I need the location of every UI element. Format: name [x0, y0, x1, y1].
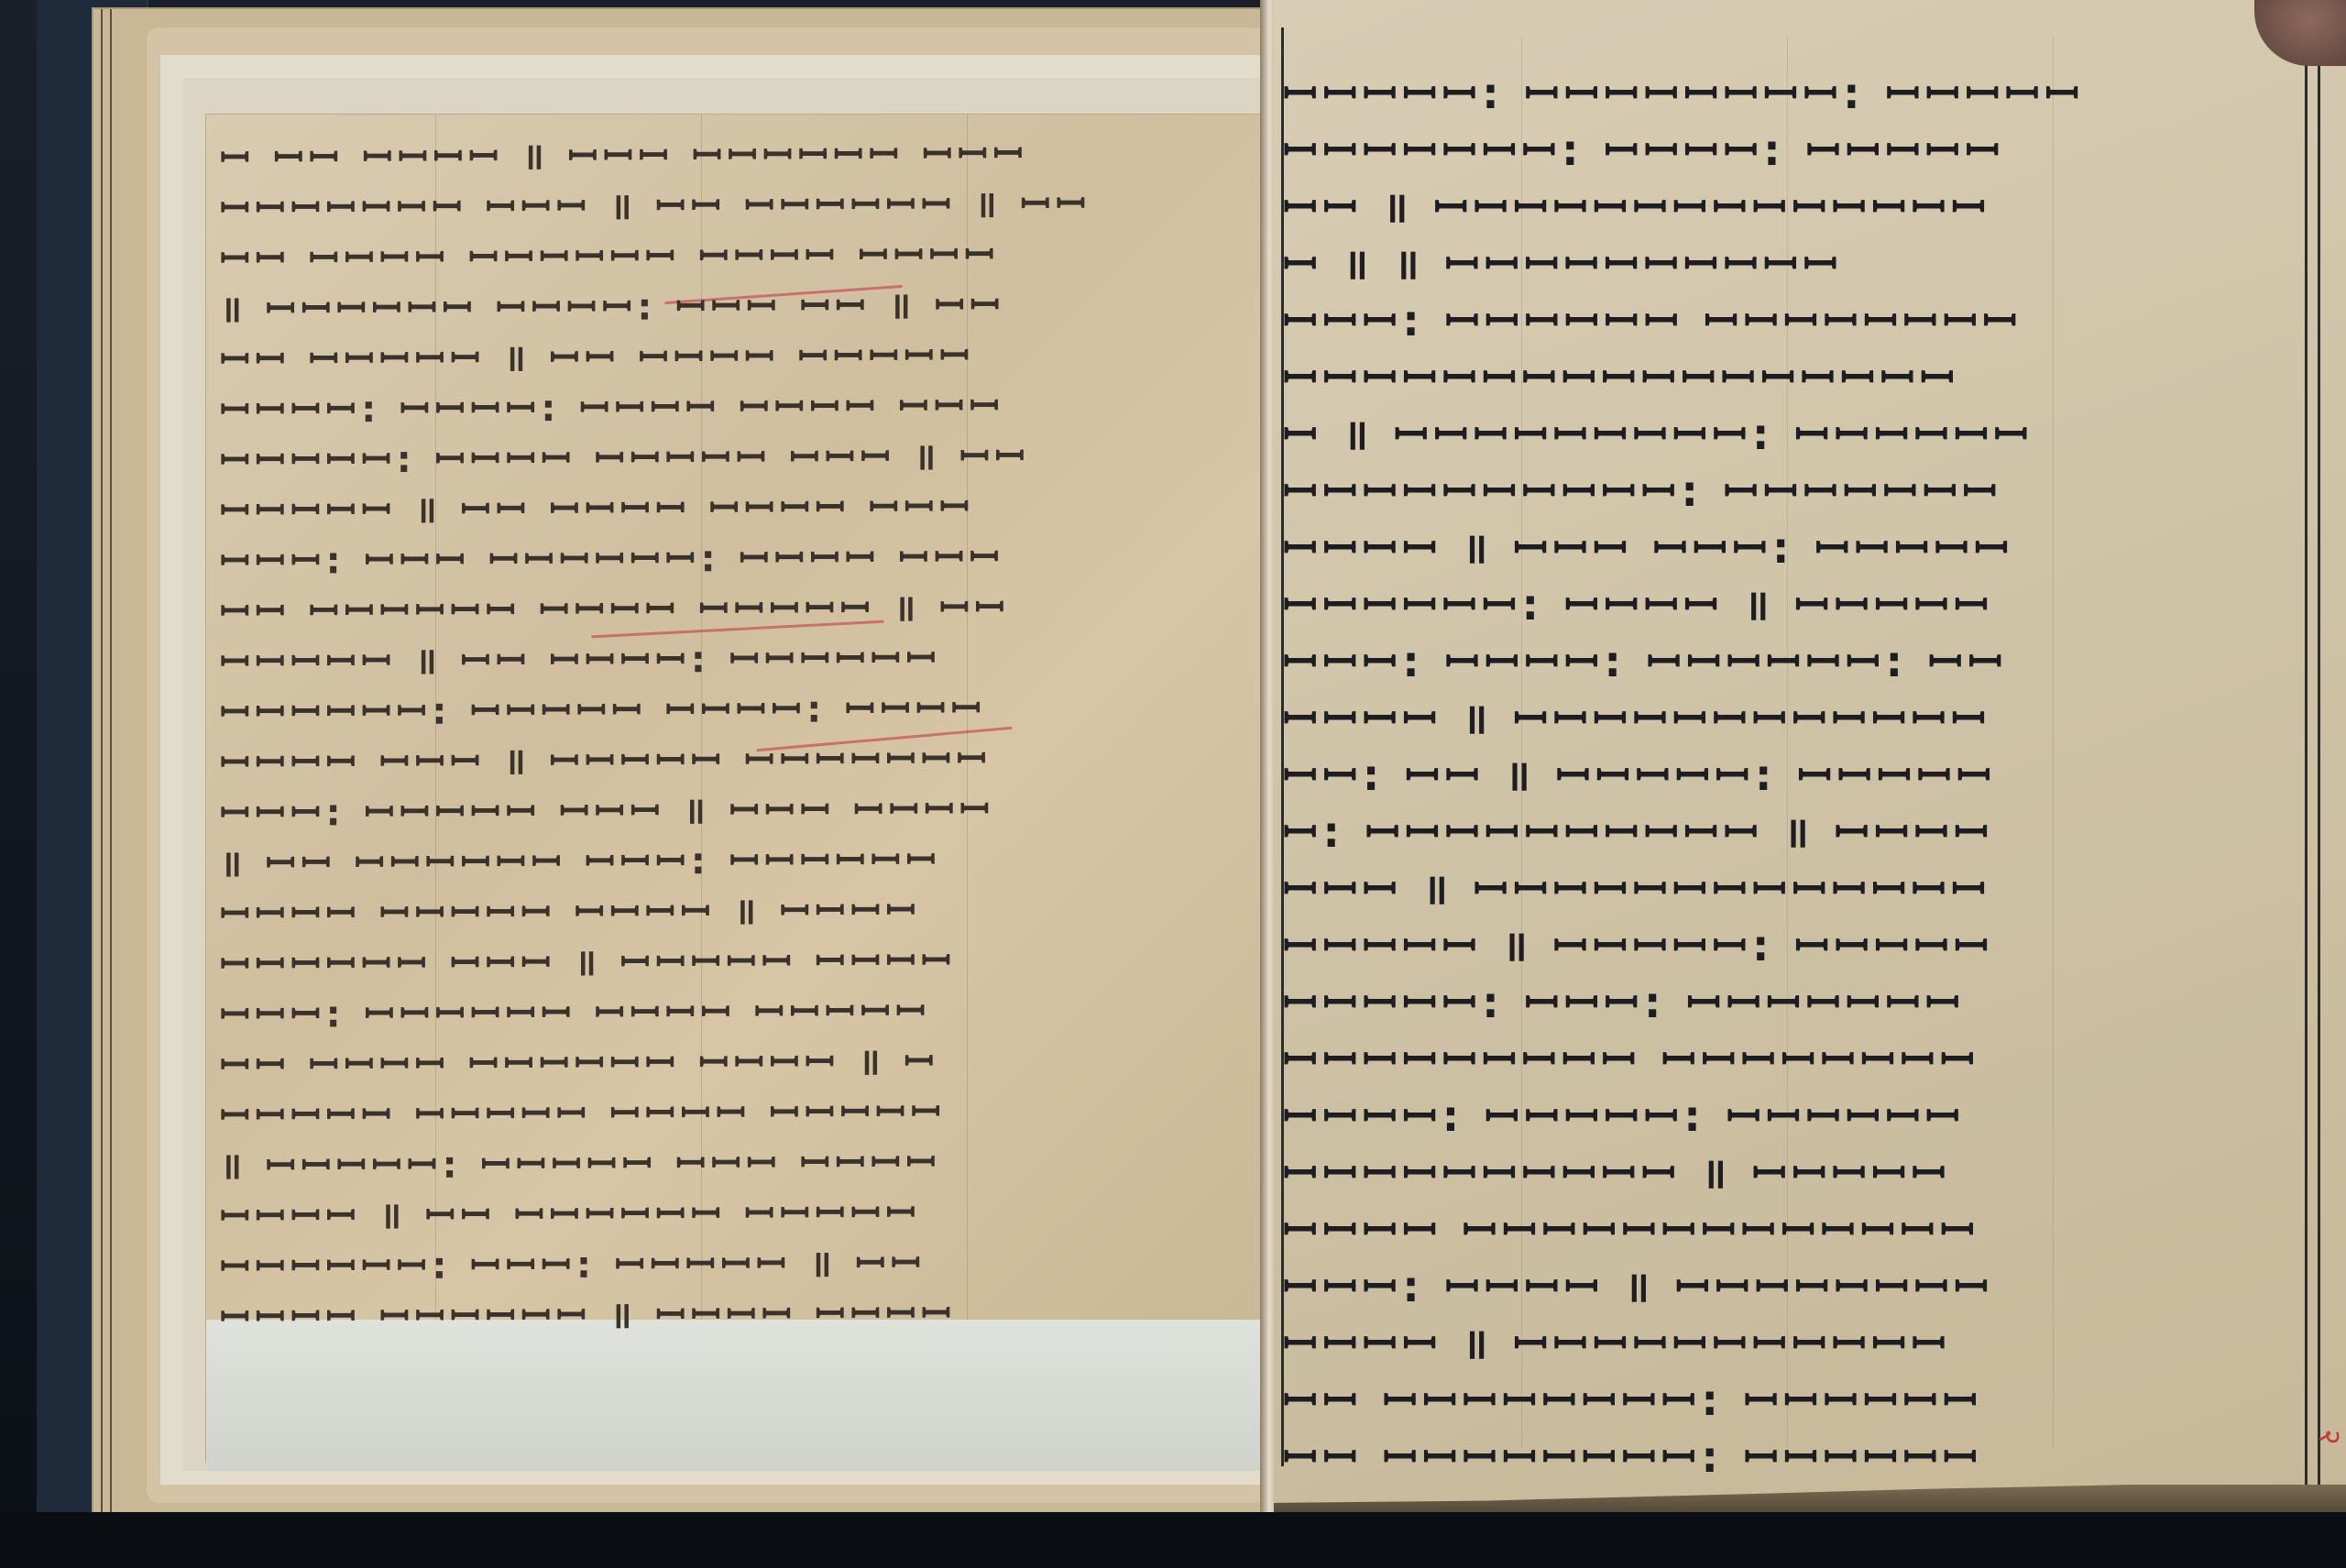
manuscript-line: ꟷꟷꟷꟷ ॥ ꟷꟷꟷꟷꟷꟷꟷꟷꟷꟷꟷꟷ: [1283, 689, 2291, 746]
manuscript-line: ꟷꟷꟷ ॥ ꟷꟷꟷꟷꟷꟷꟷꟷꟷꟷꟷꟷꟷ: [1283, 860, 2291, 916]
tissue-sheet-bottom: [206, 1320, 1269, 1471]
manuscript-line: ꟷꟷꟷꟷ ꟷꟷꟷ ॥ ꟷꟷꟷꟷꟷ ꟷꟷꟷꟷꟷꟷꟷ: [220, 730, 1255, 786]
manuscript-line: ꟷꟷꟷꟷꟷꟷꟷꟷꟷꟷ ॥ ꟷꟷꟷꟷꟷ: [1283, 1144, 2291, 1201]
margin-note: २: [2310, 1429, 2346, 1445]
manuscript-line: ॥ ꟷꟷꟷꟷꟷꟷ ꟷꟷꟷꟷ: ꟷꟷꟷ ꟷꟷ ॥ ꟷꟷ: [220, 277, 1255, 333]
manuscript-line: ꟷꟷꟷꟷꟷꟷꟷꟷꟷꟷ: ꟷꟷꟷꟷꟷꟷꟷ: [1283, 462, 2291, 519]
manuscript-line: ꟷꟷꟷꟷꟷꟷ: ꟷꟷꟷ: ꟷꟷꟷꟷꟷ ॥ ꟷꟷ: [220, 1234, 1255, 1290]
manuscript-line: ꟷꟷꟷꟷ ꟷꟷꟷꟷꟷ ꟷꟷꟷꟷ ॥ ꟷꟷꟷꟷ: [220, 882, 1255, 938]
manuscript-line: ꟷꟷꟷꟷꟷ ॥ ꟷꟷ ꟷꟷꟷꟷ ꟷꟷꟷꟷ ꟷꟷꟷ: [220, 478, 1255, 534]
manuscript-line: ꟷꟷꟷꟷꟷꟷꟷꟷꟷꟷꟷꟷꟷꟷꟷꟷꟷ: [1283, 348, 2291, 405]
manuscript-line: ꟷꟷꟷꟷꟷ ॥ ꟷꟷꟷꟷꟷ: ꟷꟷꟷꟷꟷ: [1283, 916, 2291, 973]
manuscript-line: ꟷꟷꟷꟷꟷ ॥ ꟷꟷ ꟷꟷꟷꟷ: ꟷꟷꟷꟷꟷꟷ: [220, 630, 1255, 685]
manuscript-line: ꟷꟷ ꟷꟷꟷꟷ ꟷꟷꟷꟷꟷꟷ ꟷꟷꟷꟷ ꟷꟷꟷꟷ: [220, 226, 1255, 282]
manuscript-line: ꟷ ॥ ꟷꟷꟷꟷꟷꟷꟷꟷꟷ: ꟷꟷꟷꟷꟷꟷ: [1283, 405, 2291, 462]
manuscript-line: ꟷ ॥ ॥ ꟷꟷꟷꟷꟷꟷꟷꟷꟷꟷ: [1283, 235, 2291, 291]
manuscript-line: ꟷꟷꟷꟷꟷꟷ: ꟷꟷꟷꟷ ॥ ꟷꟷꟷꟷꟷ: [1283, 576, 2291, 632]
page-rule: [101, 9, 103, 1512]
manuscript-line: ꟷꟷꟷꟷꟷꟷ ꟷꟷꟷ ॥ ꟷꟷꟷꟷꟷ ꟷꟷꟷꟷ: [220, 932, 1255, 988]
manuscript-line: ꟷꟷꟷꟷꟷ: ꟷꟷꟷꟷꟷꟷꟷꟷ: ꟷꟷꟷꟷꟷ: [1283, 64, 2291, 121]
manuscript-line: ꟷꟷꟷꟷꟷꟷꟷꟷꟷ ꟷꟷꟷꟷꟷꟷꟷꟷ: [1283, 1030, 2291, 1087]
manuscript-line: ꟷꟷꟷ: ꟷꟷꟷꟷꟷꟷ ꟷꟷꟷꟷꟷꟷꟷꟷ: [1283, 291, 2291, 348]
manuscript-line: ꟷꟷꟷ: ꟷꟷꟷꟷꟷꟷ ꟷꟷꟷꟷ ꟷꟷꟷꟷꟷ: [220, 982, 1255, 1038]
manuscript-line: ꟷꟷ ꟷꟷꟷꟷꟷꟷꟷꟷ: ꟷꟷꟷꟷꟷꟷ: [1283, 1371, 2291, 1428]
manuscript-line: ꟷ: ꟷꟷꟷꟷꟷꟷꟷꟷꟷꟷ ॥ ꟷꟷꟷꟷ: [1283, 803, 2291, 860]
manuscript-line: ꟷꟷꟷꟷ ꟷꟷꟷꟷꟷꟷ ॥ ꟷꟷꟷꟷ ꟷꟷꟷꟷ: [220, 1285, 1255, 1341]
manuscript-line: ꟷꟷꟷ: ꟷꟷꟷꟷ ॥ ꟷꟷꟷꟷꟷꟷꟷꟷ: [1283, 1257, 2291, 1314]
manuscript-line: ꟷꟷꟷꟷ ꟷꟷꟷꟷꟷꟷꟷꟷꟷꟷꟷꟷꟷ: [1283, 1201, 2291, 1257]
manuscript-line: ꟷꟷꟷꟷꟷꟷꟷ ꟷꟷꟷ ॥ ꟷꟷ ꟷꟷꟷꟷꟷꟷ ॥ ꟷꟷ: [220, 176, 1255, 232]
manuscript-line: ꟷꟷꟷꟷꟷ: ꟷꟷꟷꟷ ꟷꟷꟷꟷꟷ ꟷꟷꟷ ॥ ꟷꟷ: [220, 428, 1255, 484]
manuscript-line: ꟷꟷꟷ: ꟷꟷꟷꟷꟷ ꟷꟷꟷ ॥ ꟷꟷꟷ ꟷꟷꟷꟷ: [220, 781, 1255, 837]
manuscript-line: ꟷꟷꟷꟷ: ꟷꟷꟷꟷꟷ: ꟷꟷꟷꟷꟷꟷ: [1283, 1087, 2291, 1144]
manuscript-line: ꟷꟷꟷꟷꟷ ꟷꟷꟷꟷꟷ ꟷꟷꟷꟷ ꟷꟷꟷꟷꟷ: [220, 1083, 1255, 1139]
manuscript-line: ꟷꟷꟷꟷ ॥ ꟷꟷ ꟷꟷꟷꟷꟷꟷ ꟷꟷꟷꟷꟷ: [220, 1184, 1255, 1240]
manuscript-line: ꟷꟷ ॥ ꟷꟷꟷꟷꟷꟷꟷꟷꟷꟷꟷꟷꟷꟷ: [1283, 178, 2291, 235]
manuscript-line: ꟷꟷꟷꟷ: ꟷꟷꟷꟷ: ꟷꟷꟷꟷ ꟷꟷꟷꟷ ꟷꟷꟷ: [220, 378, 1255, 433]
manuscript-line: ꟷꟷ ꟷꟷꟷꟷꟷꟷ ꟷꟷꟷꟷ ꟷꟷꟷꟷꟷ ॥ ꟷꟷ: [220, 579, 1255, 635]
manuscript-line: ꟷꟷꟷ: ꟷꟷꟷꟷ: ꟷꟷꟷꟷꟷꟷ: ꟷꟷ: [1283, 632, 2291, 689]
manuscript-line: ꟷꟷꟷꟷꟷꟷꟷ: ꟷꟷꟷꟷ: ꟷꟷꟷꟷꟷ: [1283, 121, 2291, 178]
manuscript-line: ꟷꟷꟷꟷ ॥ ꟷꟷꟷ ꟷꟷꟷ: ꟷꟷꟷꟷꟷ: [1283, 519, 2291, 576]
table-shadow: [0, 1512, 2346, 1568]
page-rule: [110, 9, 112, 1512]
manuscript-line: ꟷꟷ ꟷꟷꟷꟷꟷꟷꟷꟷ: ꟷꟷꟷꟷꟷꟷ: [1283, 1428, 2291, 1485]
manuscript-line: ꟷꟷꟷꟷ ॥ ꟷꟷꟷꟷꟷꟷꟷꟷꟷꟷꟷ: [1283, 1314, 2291, 1371]
manuscript-line: ꟷꟷ ꟷꟷꟷꟷꟷ ॥ ꟷꟷ ꟷꟷꟷꟷ ꟷꟷꟷꟷꟷ: [220, 327, 1255, 383]
manuscript-line: ॥ ꟷꟷ ꟷꟷꟷꟷꟷꟷ ꟷꟷꟷ: ꟷꟷꟷꟷꟷꟷ: [220, 831, 1255, 887]
manuscript-line: ꟷꟷꟷꟷꟷ: ꟷꟷꟷ: ꟷꟷꟷꟷꟷꟷꟷ: [1283, 973, 2291, 1030]
manuscript-line: ॥ ꟷꟷꟷꟷꟷ: ꟷꟷꟷꟷꟷ ꟷꟷꟷ ꟷꟷꟷꟷ: [220, 1134, 1255, 1190]
manuscript-line: ꟷꟷ ꟷꟷꟷꟷ ꟷꟷꟷꟷꟷꟷ ꟷꟷꟷꟷ ॥ ꟷ: [220, 1033, 1255, 1089]
manuscript-line: ꟷꟷ: ꟷꟷ ॥ ꟷꟷꟷꟷꟷ: ꟷꟷꟷꟷꟷ: [1283, 746, 2291, 803]
manuscript-line: ꟷꟷꟷꟷꟷꟷ: ꟷꟷꟷꟷꟷ ꟷꟷꟷꟷ: ꟷꟷꟷꟷ: [220, 680, 1255, 736]
page-border-right: [2318, 64, 2320, 1485]
manuscript-line: ꟷꟷꟷ: ꟷꟷꟷ ꟷꟷꟷꟷꟷꟷ: ꟷꟷꟷꟷ ꟷꟷꟷ: [220, 529, 1255, 585]
page-border-right: [2305, 64, 2308, 1485]
manuscript-line: ꟷ ꟷꟷ ꟷꟷꟷꟷ ॥ ꟷꟷꟷ ꟷꟷꟷꟷꟷꟷ ꟷꟷꟷ: [220, 126, 1255, 181]
